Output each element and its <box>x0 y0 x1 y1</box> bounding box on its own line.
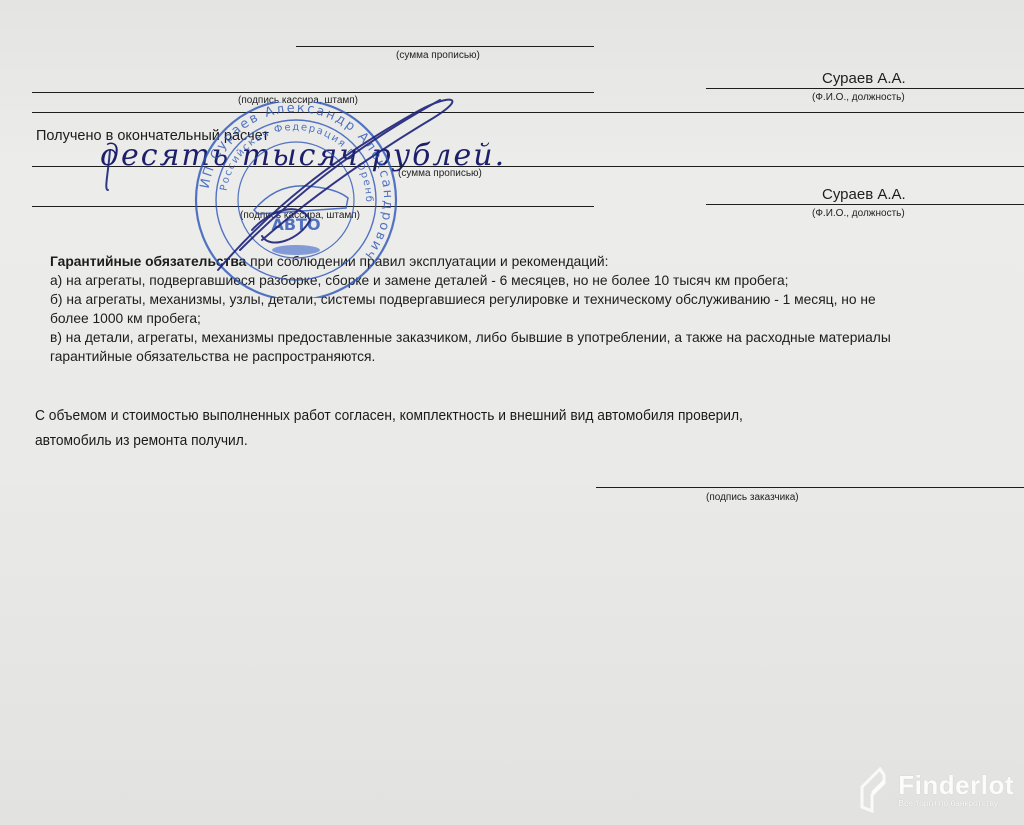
person-name-2: Сураев А.А. <box>822 186 906 203</box>
sum-line-2 <box>32 166 1024 167</box>
warranty-line-b-cont: более 1000 км пробега; <box>50 309 891 328</box>
divider-line <box>32 112 1024 113</box>
person-line-1 <box>706 88 1024 89</box>
warranty-heading: Гарантийные обязательства при соблюдении… <box>50 252 891 271</box>
sum-caption-1: (сумма прописью) <box>396 50 480 61</box>
cashier-signature-line-1 <box>32 92 594 93</box>
finderlot-logo-icon <box>858 767 894 813</box>
customer-signature-line <box>596 487 1024 488</box>
person-name-1: Сураев А.А. <box>822 70 906 87</box>
warranty-line-a: а) на агрегаты, подвергавшиеся разборке,… <box>50 271 891 290</box>
stamp-center-text: АВТО <box>271 215 320 234</box>
agreement-line-2: автомобиль из ремонта получил. <box>35 428 743 453</box>
person-line-2 <box>706 204 1024 205</box>
watermark-tagline: Все торги по банкротству <box>898 798 1014 808</box>
person-caption-1: (Ф.И.О., должность) <box>812 92 905 103</box>
warranty-line-c: в) на детали, агрегаты, механизмы предос… <box>50 328 891 347</box>
company-stamp: ИП Сураев Александр Александрович Россий… <box>186 102 406 298</box>
person-caption-2: (Ф.И.О., должность) <box>812 208 905 219</box>
warranty-block: Гарантийные обязательства при соблюдении… <box>50 252 891 366</box>
warranty-line-c-cont: гарантийные обязательства не распростран… <box>50 347 891 366</box>
agreement-line-1: С объемом и стоимостью выполненных работ… <box>35 403 743 428</box>
watermark-name: Finderlot <box>898 772 1014 798</box>
customer-caption: (подпись заказчика) <box>706 492 799 503</box>
document-page: (сумма прописью) (подпись кассира, штамп… <box>0 0 1024 825</box>
agreement-text: С объемом и стоимостью выполненных работ… <box>35 403 743 453</box>
sum-caption-2: (сумма прописью) <box>398 168 482 179</box>
finderlot-watermark: Finderlot Все торги по банкротству <box>858 767 1014 813</box>
sum-line-1 <box>296 46 594 47</box>
warranty-line-b: б) на агрегаты, механизмы, узлы, детали,… <box>50 290 891 309</box>
